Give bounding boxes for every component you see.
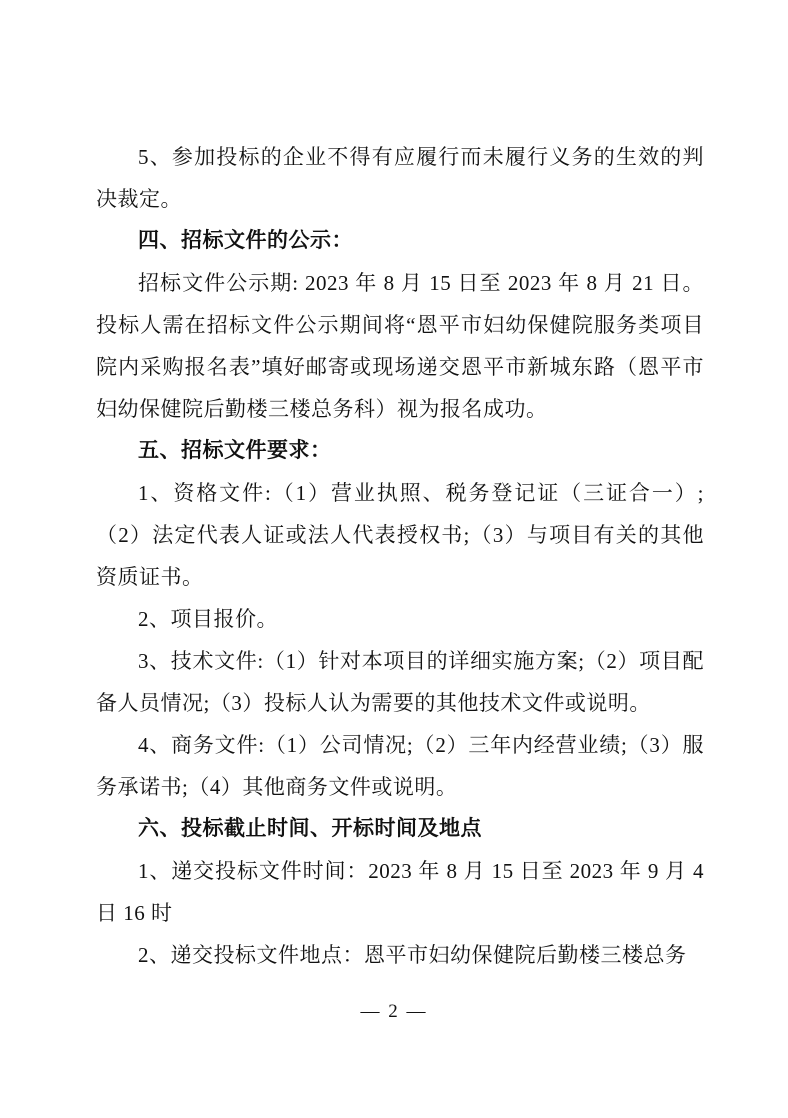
paragraph-commercial-docs: 4、商务文件:（1）公司情况;（2）三年内经营业绩;（3）服务承诺书;（4）其他… bbox=[96, 724, 704, 808]
paragraph-qualification-docs: 1、资格文件:（1）营业执照、税务登记证（三证合一）;（2）法定代表人证或法人代… bbox=[96, 472, 704, 598]
paragraph-publicity-period: 招标文件公示期: 2023 年 8 月 15 日至 2023 年 8 月 21 … bbox=[96, 262, 704, 430]
document-page: 5、参加投标的企业不得有应履行而未履行义务的生效的判决裁定。 四、招标文件的公示… bbox=[0, 0, 788, 1118]
section-heading-deadline: 六、投标截止时间、开标时间及地点 bbox=[96, 808, 704, 850]
paragraph-submission-time: 1、递交投标文件时间：2023 年 8 月 15 日至 2023 年 9 月 4… bbox=[96, 850, 704, 934]
paragraph-judgment-clause: 5、参加投标的企业不得有应履行而未履行义务的生效的判决裁定。 bbox=[96, 136, 704, 220]
document-body: 5、参加投标的企业不得有应履行而未履行义务的生效的判决裁定。 四、招标文件的公示… bbox=[96, 136, 704, 976]
paragraph-technical-docs: 3、技术文件:（1）针对本项目的详细实施方案;（2）项目配备人员情况;（3）投标… bbox=[96, 640, 704, 724]
paragraph-submission-location: 2、递交投标文件地点：恩平市妇幼保健院后勤楼三楼总务 bbox=[96, 934, 704, 976]
paragraph-project-quote: 2、项目报价。 bbox=[96, 598, 704, 640]
section-heading-publicity: 四、招标文件的公示： bbox=[96, 220, 704, 262]
section-heading-requirements: 五、招标文件要求： bbox=[96, 430, 704, 472]
page-number-footer: — 2 — bbox=[0, 1001, 788, 1023]
